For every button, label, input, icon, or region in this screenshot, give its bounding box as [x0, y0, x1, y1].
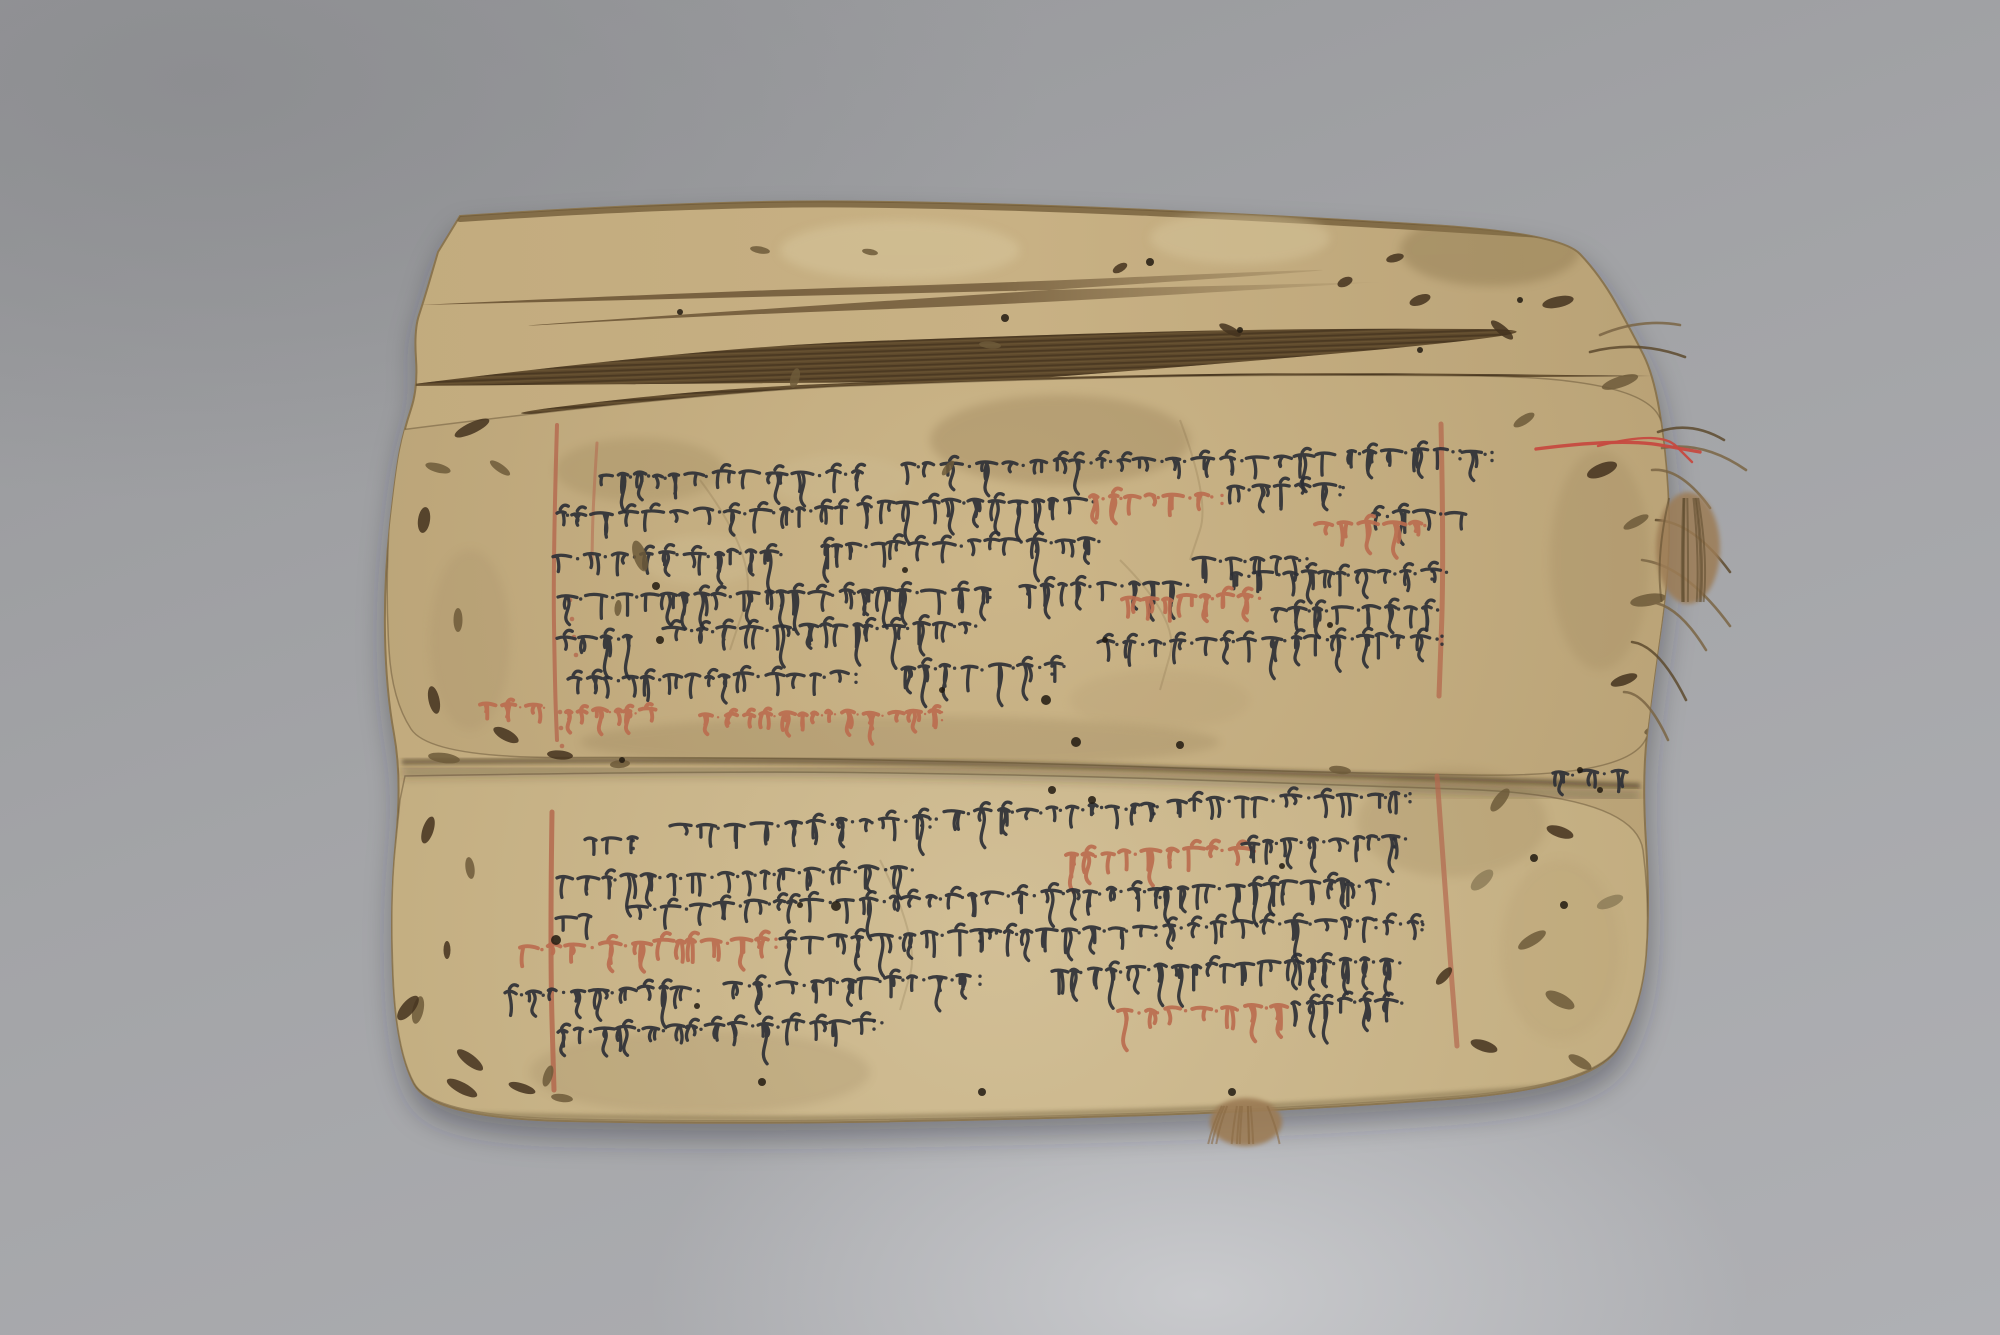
tsheg-dot: [906, 627, 909, 630]
tsheg-dot: [939, 897, 942, 900]
tsheg-dot: [685, 907, 688, 910]
tsheg-dot: [988, 596, 991, 599]
tsheg-dot: [1077, 931, 1080, 934]
tsheg-dot: [1115, 643, 1118, 646]
tsheg-dot: [1398, 961, 1401, 964]
tsheg-dot: [716, 827, 719, 830]
red-rule-dot: [560, 744, 565, 749]
tsheg-dot: [878, 980, 881, 983]
tsheg-dot: [658, 678, 661, 681]
worm-hole: [1417, 347, 1423, 353]
tsheg-dot: [935, 817, 938, 820]
tsheg-dot: [1353, 1000, 1356, 1003]
tsheg-dot: [1392, 837, 1395, 840]
tsheg-dot: [1404, 794, 1407, 797]
worm-hole: [1530, 854, 1538, 862]
tsheg-dot: [1098, 892, 1101, 895]
tsheg-dot: [1360, 796, 1363, 799]
tsheg-dot: [941, 711, 943, 713]
tsheg-dot: [1143, 890, 1146, 893]
tsheg-dot: [675, 553, 678, 556]
tsheg-dot: [1445, 571, 1448, 574]
worm-hole: [1577, 767, 1583, 773]
tsheg-dot: [663, 477, 666, 480]
tsheg-dot: [1247, 575, 1250, 578]
tsheg-dot: [637, 1029, 640, 1032]
tsheg-dot: [1012, 666, 1015, 669]
tsheg-dot: [1420, 920, 1423, 923]
tsheg-dot: [756, 675, 759, 678]
worm-hole: [694, 1003, 700, 1009]
tsheg-dot: [1210, 495, 1213, 498]
tsheg-dot: [1211, 597, 1214, 600]
tsheg-dot: [1265, 1006, 1268, 1009]
tsheg-dot: [1039, 811, 1042, 814]
tsheg-dot: [1154, 926, 1157, 929]
tsheg-dot: [629, 475, 632, 478]
tsheg-dot: [589, 1030, 592, 1033]
tsheg-dot: [1007, 894, 1010, 897]
tsheg-dot: [1247, 488, 1250, 491]
tsheg-dot: [1356, 919, 1359, 922]
tsheg-dot: [1147, 968, 1150, 971]
tsheg-dot: [1158, 896, 1161, 899]
worm-hole: [619, 757, 625, 763]
tsheg-dot: [717, 716, 719, 718]
tsheg-dot: [774, 938, 777, 941]
red-rule-dot: [574, 653, 579, 658]
worm-hole: [1597, 787, 1603, 793]
tsheg-dot: [1134, 853, 1137, 856]
tsheg-dot: [1103, 929, 1106, 932]
tsheg-dot: [1325, 609, 1328, 612]
tsheg-dot: [1062, 892, 1065, 895]
tsheg-dot: [1490, 451, 1493, 454]
stain: [1500, 860, 1620, 1040]
tsheg-dot: [1022, 464, 1025, 467]
tsheg-dot: [1240, 459, 1243, 462]
tsheg-dot: [679, 877, 682, 880]
tsheg-dot: [736, 875, 739, 878]
tsheg-dot: [1372, 960, 1375, 963]
tsheg-dot: [540, 948, 543, 951]
tsheg-dot: [705, 475, 708, 478]
tsheg-dot: [1094, 855, 1097, 858]
tsheg-dot: [854, 681, 857, 684]
tsheg-dot: [1101, 497, 1104, 500]
tsheg-dot: [1436, 608, 1439, 611]
tsheg-dot: [566, 514, 569, 517]
tsheg-dot: [1374, 926, 1377, 929]
tsheg-dot: [772, 511, 775, 514]
tsheg-dot: [1059, 809, 1062, 812]
tsheg-dot: [690, 629, 693, 632]
tsheg-dot: [854, 870, 857, 873]
tsheg-dot: [609, 711, 611, 713]
worm-trail: [444, 941, 451, 959]
tsheg-dot: [768, 984, 771, 987]
tsheg-dot: [624, 944, 627, 947]
clump-fiber: [1683, 498, 1684, 602]
tsheg-dot: [591, 946, 594, 949]
tsheg-dot: [1119, 890, 1122, 893]
tsheg-dot: [753, 874, 756, 877]
tsheg-dot: [613, 878, 616, 881]
worm-hole: [551, 935, 561, 945]
tsheg-dot: [1125, 929, 1128, 932]
tsheg-dot: [962, 501, 965, 504]
tsheg-dot: [1399, 922, 1402, 925]
tsheg-dot: [872, 1027, 875, 1030]
tsheg-dot: [774, 946, 777, 949]
tsheg-dot: [1386, 515, 1389, 518]
tsheg-dot: [631, 847, 635, 851]
tsheg-dot: [1490, 459, 1493, 462]
tsheg-dot: [809, 509, 812, 512]
tsheg-dot: [718, 510, 721, 513]
tsheg-dot: [1183, 460, 1186, 463]
tsheg-dot: [1283, 639, 1286, 642]
worm-hole: [1048, 786, 1056, 794]
tsheg-dot: [697, 989, 700, 992]
tsheg-dot: [898, 936, 901, 939]
edge-fiber: [1662, 447, 1746, 470]
tsheg-dot: [635, 595, 638, 598]
tsheg-dot: [1120, 584, 1123, 587]
tsheg-dot: [978, 983, 981, 986]
worm-hole: [1102, 637, 1108, 643]
worm-hole: [677, 309, 683, 315]
worm-hole: [1237, 327, 1243, 333]
tsheg-dot: [1404, 837, 1407, 840]
tsheg-dot: [1081, 808, 1084, 811]
tsheg-dot: [790, 510, 793, 513]
tsheg-dot: [875, 627, 878, 630]
tsheg-dot: [934, 667, 937, 670]
tsheg-dot: [658, 876, 661, 879]
tsheg-dot: [611, 991, 614, 994]
tsheg-dot: [1439, 512, 1442, 515]
tsheg-dot: [611, 596, 614, 599]
tsheg-dot: [1420, 928, 1423, 931]
tsheg-dot: [776, 824, 779, 827]
tsheg-dot: [1180, 926, 1183, 929]
tsheg-dot: [1163, 642, 1166, 645]
tsheg-dot: [1299, 841, 1302, 844]
tsheg-dot: [1322, 840, 1325, 843]
tsheg-dot: [829, 901, 832, 904]
tsheg-dot: [1033, 894, 1036, 897]
tsheg-dot: [779, 553, 782, 556]
tsheg-dot: [1152, 804, 1155, 807]
tsheg-dot: [1308, 922, 1311, 925]
tsheg-dot: [739, 904, 742, 907]
tsheg-dot: [1384, 796, 1387, 799]
tsheg-dot: [743, 512, 746, 515]
tsheg-dot: [798, 871, 801, 874]
tsheg-dot: [1220, 494, 1223, 497]
tsheg-dot: [1393, 572, 1396, 575]
tsheg-dot: [1215, 1009, 1218, 1012]
worm-hole: [831, 901, 841, 911]
tsheg-dot: [911, 868, 914, 871]
tsheg-dot: [1097, 540, 1100, 543]
manuscript-photo: [0, 0, 2000, 1335]
tsheg-dot: [1050, 672, 1053, 675]
tsheg-dot: [765, 629, 768, 632]
tsheg-dot: [978, 939, 981, 942]
tsheg-dot: [1413, 572, 1416, 575]
tsheg-dot: [967, 812, 970, 815]
tsheg-dot: [1332, 962, 1335, 965]
tsheg-dot: [768, 902, 771, 905]
tsheg-dot: [773, 715, 775, 717]
tsheg-dot: [1347, 573, 1350, 576]
tsheg-dot: [1218, 887, 1221, 890]
tsheg-dot: [520, 993, 523, 996]
tsheg-dot: [1119, 970, 1122, 973]
worm-trail: [454, 608, 463, 632]
tsheg-dot: [1188, 496, 1191, 499]
tsheg-dot: [604, 555, 607, 558]
tsheg-dot: [1137, 1011, 1140, 1014]
worm-hole: [978, 1088, 986, 1096]
tsheg-dot: [653, 908, 656, 911]
tsheg-dot: [1100, 806, 1103, 809]
worm-hole: [1001, 314, 1009, 322]
tsheg-dot: [917, 465, 920, 468]
tsheg-dot: [1440, 635, 1443, 638]
tsheg-dot: [915, 591, 918, 594]
tsheg-dot: [854, 673, 857, 676]
tsheg-dot: [1141, 643, 1144, 646]
tsheg-dot: [1124, 808, 1127, 811]
tsheg-dot: [1404, 451, 1407, 454]
tsheg-dot: [1298, 559, 1301, 562]
tsheg-dot: [647, 474, 650, 477]
tsheg-dot: [904, 820, 907, 823]
tsheg-dot: [1358, 452, 1361, 455]
tsheg-dot: [617, 637, 620, 640]
tsheg-dot: [1156, 1011, 1159, 1014]
tsheg-dot: [1342, 486, 1345, 489]
tsheg-dot: [980, 668, 983, 671]
tsheg-dot: [818, 474, 821, 477]
tsheg-dot: [928, 825, 931, 828]
tsheg-dot: [1154, 934, 1157, 937]
tsheg-dot: [1451, 450, 1454, 453]
tsheg-dot: [519, 706, 521, 708]
tsheg-dot: [1152, 812, 1155, 815]
tsheg-dot: [1603, 772, 1606, 775]
tsheg-dot: [851, 820, 854, 823]
tsheg-dot: [1227, 800, 1230, 803]
tsheg-dot: [1156, 805, 1159, 808]
tsheg-dot: [1157, 496, 1160, 499]
tsheg-dot: [953, 667, 956, 670]
tsheg-dot: [1089, 461, 1092, 464]
worm-hole: [1517, 297, 1523, 303]
tsheg-dot: [821, 714, 823, 716]
worm-hole: [1228, 1088, 1236, 1096]
tsheg-dot: [968, 465, 971, 468]
worm-hole: [902, 567, 908, 573]
tsheg-dot: [1386, 882, 1389, 885]
tsheg-dot: [960, 544, 963, 547]
tsheg-dot: [974, 624, 977, 627]
tsheg-dot: [953, 625, 956, 628]
tsheg-dot: [831, 823, 834, 826]
tsheg-dot: [729, 595, 732, 598]
worm-hole: [758, 1078, 766, 1086]
red-rule-dot: [570, 617, 575, 622]
tsheg-dot: [792, 628, 795, 631]
tsheg-dot: [1357, 608, 1360, 611]
tsheg-dot: [1338, 485, 1341, 488]
tsheg-dot: [870, 821, 873, 824]
tsheg-dot: [1351, 637, 1354, 640]
tsheg-dot: [662, 1029, 665, 1032]
tsheg-dot: [978, 931, 981, 934]
tsheg-dot: [1255, 922, 1258, 925]
tsheg-dot: [1483, 453, 1486, 456]
stain: [1070, 670, 1250, 730]
tsheg-dot: [1423, 524, 1426, 527]
tsheg-dot: [634, 712, 636, 714]
tsheg-dot: [1430, 569, 1433, 572]
edge-fiber: [1658, 428, 1724, 440]
tsheg-dot: [988, 588, 991, 591]
stain: [930, 395, 1190, 485]
tsheg-dot: [1160, 460, 1163, 463]
tsheg-dot: [1243, 560, 1246, 563]
tsheg-dot: [1307, 796, 1310, 799]
tsheg-dot: [1277, 573, 1280, 576]
tsheg-dot: [773, 873, 776, 876]
tsheg-dot: [748, 984, 751, 987]
tsheg-dot: [823, 676, 826, 679]
tsheg-dot: [631, 839, 635, 843]
tsheg-dot: [1408, 800, 1411, 803]
tsheg-dot: [831, 594, 834, 597]
tsheg-dot: [1219, 560, 1222, 563]
tsheg-dot: [1205, 925, 1208, 928]
worm-hole: [1327, 622, 1333, 628]
tsheg-dot: [1020, 540, 1023, 543]
tsheg-dot: [1050, 664, 1053, 667]
tsheg-dot: [1338, 493, 1341, 496]
tsheg-dot: [880, 1021, 883, 1024]
tsheg-dot: [950, 978, 953, 981]
tsheg-dot: [1346, 841, 1349, 844]
tsheg-dot: [1190, 641, 1193, 644]
tsheg-dot: [1258, 597, 1261, 600]
worm-hole: [1279, 863, 1285, 869]
tsheg-dot: [881, 715, 883, 717]
tsheg-dot: [711, 630, 714, 633]
tsheg-dot: [844, 473, 847, 476]
tsheg-dot: [1275, 842, 1278, 845]
tsheg-dot: [543, 707, 545, 709]
tsheg-dot: [751, 1024, 754, 1027]
tsheg-dot: [1571, 774, 1574, 777]
tsheg-dot: [1050, 541, 1053, 544]
tsheg-dot: [542, 994, 545, 997]
tsheg-dot: [1184, 1009, 1187, 1012]
tsheg-dot: [884, 868, 887, 871]
clump-fiber: [1687, 498, 1688, 602]
tsheg-dot: [726, 942, 729, 945]
tsheg-dot: [738, 552, 741, 555]
tassel-fiber: [1248, 1106, 1249, 1144]
tsheg-dot: [1374, 918, 1377, 921]
tsheg-dot: [822, 870, 825, 873]
worm-hole: [1041, 695, 1051, 705]
tsheg-dot: [928, 817, 931, 820]
worm-hole: [1071, 737, 1081, 747]
tsheg-dot: [1062, 665, 1065, 668]
tsheg-dot: [1354, 960, 1357, 963]
tsheg-dot: [1220, 849, 1223, 852]
tsheg-dot: [1308, 609, 1311, 612]
tsheg-dot: [856, 713, 858, 715]
tsheg-dot: [1015, 933, 1018, 936]
tsheg-dot: [576, 557, 579, 560]
tsheg-dot: [978, 975, 981, 978]
worm-hole: [1560, 901, 1568, 909]
worm-hole: [656, 636, 664, 644]
tsheg-dot: [707, 555, 710, 558]
tsheg-dot: [776, 1025, 779, 1028]
stain: [1550, 450, 1650, 670]
tsheg-dot: [1271, 799, 1274, 802]
photo-background: [0, 0, 2000, 1335]
worm-hole: [939, 687, 945, 693]
tsheg-dot: [1377, 838, 1380, 841]
tsheg-dot: [1119, 497, 1122, 500]
tsheg-dot: [1079, 971, 1082, 974]
tsheg-dot: [870, 505, 873, 508]
tsheg-dot: [1458, 457, 1461, 460]
tsheg-dot: [1358, 885, 1361, 888]
tsheg-dot: [1278, 922, 1281, 925]
tsheg-dot: [1305, 557, 1308, 560]
tsheg-dot: [1397, 607, 1400, 610]
tsheg-dot: [1435, 637, 1438, 640]
tsheg-dot: [943, 591, 946, 594]
tsheg-dot: [1109, 460, 1112, 463]
tsheg-dot: [1430, 577, 1433, 580]
tsheg-dot: [1326, 638, 1329, 641]
tsheg-dot: [1392, 845, 1395, 848]
tsheg-dot: [1236, 1008, 1239, 1011]
tsheg-dot: [922, 978, 925, 981]
tsheg-dot: [901, 978, 904, 981]
tsheg-dot: [941, 934, 944, 937]
tsheg-dot: [803, 984, 806, 987]
tsheg-dot: [941, 719, 943, 721]
tsheg-dot: [883, 900, 886, 903]
tsheg-dot: [710, 876, 713, 879]
tsheg-dot: [1400, 1001, 1403, 1004]
tsheg-dot: [924, 713, 926, 715]
tsheg-dot: [1220, 502, 1223, 505]
worm-hole: [1088, 796, 1096, 804]
tsheg-dot: [1408, 792, 1411, 795]
tsheg-dot: [562, 991, 565, 994]
tsheg-dot: [617, 679, 620, 682]
worm-hole: [652, 582, 660, 590]
